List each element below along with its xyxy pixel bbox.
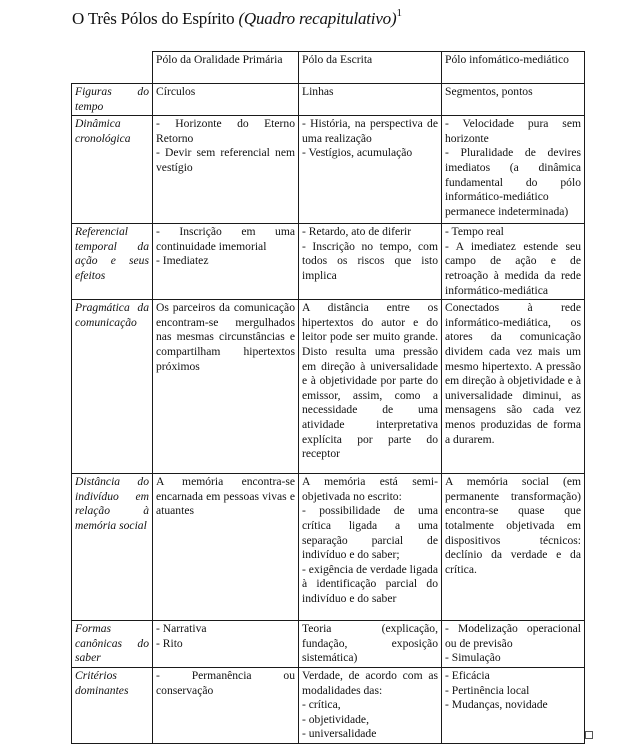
cell-text: - Rito — [156, 637, 295, 652]
cell-oralidade: Círculos — [153, 84, 299, 116]
row-label: Referencial temporal da ação e seus efei… — [72, 224, 153, 300]
cell-escrita: A distância entre os hipertextos do auto… — [299, 300, 442, 474]
cell-text: Linhas — [302, 85, 438, 100]
table-row: Critérios dominantes - Permanência ou co… — [72, 667, 585, 743]
cell-informatico: Segmentos, pontos — [442, 84, 585, 116]
title-subtitle: (Quadro recapitulativo) — [238, 9, 396, 28]
cell-text: - Devir sem referencial nem vestígio — [156, 146, 295, 175]
cell-text: - Velocidade pura sem horizonte — [445, 117, 581, 146]
cell-text: Conectados à rede informático-mediática,… — [445, 301, 581, 447]
cell-text: - Permanência ou conservação — [156, 669, 295, 698]
title-main: O Três Pólos do Espírito — [72, 9, 238, 28]
row-label: Figuras do tempo — [72, 84, 153, 116]
cell-informatico: - Tempo real- A imediatez estende seu ca… — [442, 224, 585, 300]
cell-informatico: - Velocidade pura sem horizonte- Plurali… — [442, 116, 585, 224]
cell-informatico: Conectados à rede informático-mediática,… — [442, 300, 585, 474]
cell-text: - Vestígios, acumulação — [302, 146, 438, 161]
table-row: Distância do indivíduo em relação à memó… — [72, 474, 585, 621]
cell-oralidade: A memória encontra-se encarnada em pesso… — [153, 474, 299, 621]
cell-informatico: - Eficácia- Pertinência local- Mudanças,… — [442, 667, 585, 743]
table-row: Figuras do tempo Círculos Linhas Segment… — [72, 84, 585, 116]
cell-text: - Modelização operacional ou de previsão — [445, 622, 581, 651]
cell-text: - Tempo real — [445, 225, 581, 240]
cell-escrita: A memória está semi-objetivada no escrit… — [299, 474, 442, 621]
cell-text: Verdade, de acordo com as modalidades da… — [302, 669, 438, 698]
table-row: Referencial temporal da ação e seus efei… — [72, 224, 585, 300]
cell-text: - Eficácia — [445, 669, 581, 684]
cell-text: Segmentos, pontos — [445, 85, 581, 100]
cell-text: - Mudanças, novidade — [445, 698, 581, 713]
cell-text: - Horizonte do Eterno Retorno — [156, 117, 295, 146]
cell-informatico: - Modelização operacional ou de previsão… — [442, 621, 585, 668]
column-header-escrita: Pólo da Escrita — [299, 52, 442, 84]
row-label: Dinâmica cronológica — [72, 116, 153, 224]
footnote-marker: 1 — [396, 7, 401, 19]
cell-text: Teoria (explicação, fundação, exposição … — [302, 622, 438, 666]
cell-text: A distância entre os hipertextos do auto… — [302, 301, 438, 462]
cell-text: Os parceiros da comunicação encontram-se… — [156, 301, 295, 374]
cell-text: - Inscrição no tempo, com todos os risco… — [302, 240, 438, 284]
row-label: Formas canônicas do saber — [72, 621, 153, 668]
cell-escrita: - História, na perspectiva de uma realiz… — [299, 116, 442, 224]
row-label: Critérios dominantes — [72, 667, 153, 743]
cell-text: - possibilidade de uma crítica ligada a … — [302, 504, 438, 562]
cell-oralidade: - Narrativa- Rito — [153, 621, 299, 668]
cell-escrita: Teoria (explicação, fundação, exposição … — [299, 621, 442, 668]
cell-text: Círculos — [156, 85, 295, 100]
header-corner-cell — [72, 52, 153, 84]
cell-text: - A imediatez estende seu campo de ação … — [445, 240, 581, 298]
cell-text: - Imediatez — [156, 254, 295, 269]
row-label: Pragmática da comunicação — [72, 300, 153, 474]
page-title: O Três Pólos do Espírito (Quadro recapit… — [72, 9, 402, 29]
cell-text: - objetividade, — [302, 713, 438, 728]
cell-text: A memória está semi-objetivada no escrit… — [302, 475, 438, 504]
row-label: Distância do indivíduo em relação à memó… — [72, 474, 153, 621]
cell-oralidade: Os parceiros da comunicação encontram-se… — [153, 300, 299, 474]
cell-escrita: - Retardo, ato de diferir- Inscrição no … — [299, 224, 442, 300]
cell-text: - Simulação — [445, 651, 581, 666]
cell-escrita: Linhas — [299, 84, 442, 116]
cell-text: - universalidade — [302, 727, 438, 742]
cell-oralidade: - Inscrição em uma continuidade imemoria… — [153, 224, 299, 300]
table-row: Formas canônicas do saber - Narrativa- R… — [72, 621, 585, 668]
cell-text: A memória encontra-se encarnada em pesso… — [156, 475, 295, 519]
column-header-informatico: Pólo infomático-mediático — [442, 52, 585, 84]
summary-table: Pólo da Oralidade Primária Pólo da Escri… — [71, 51, 585, 744]
cell-informatico: A memória social (em permanente transfor… — [442, 474, 585, 621]
cell-text: - Inscrição em uma continuidade imemoria… — [156, 225, 295, 254]
table-resize-handle[interactable] — [585, 731, 593, 739]
table-header-row: Pólo da Oralidade Primária Pólo da Escri… — [72, 52, 585, 84]
cell-oralidade: - Permanência ou conservação — [153, 667, 299, 743]
cell-text: - exigência de verdade ligada à identifi… — [302, 563, 438, 607]
cell-text: - Narrativa — [156, 622, 295, 637]
cell-text: - crítica, — [302, 698, 438, 713]
cell-text: A memória social (em permanente transfor… — [445, 475, 581, 577]
cell-escrita: Verdade, de acordo com as modalidades da… — [299, 667, 442, 743]
cell-oralidade: - Horizonte do Eterno Retorno- Devir sem… — [153, 116, 299, 224]
table-row: Pragmática da comunicação Os parceiros d… — [72, 300, 585, 474]
table-row: Dinâmica cronológica - Horizonte do Eter… — [72, 116, 585, 224]
column-header-oralidade: Pólo da Oralidade Primária — [153, 52, 299, 84]
cell-text: - Pluralidade de devires imediatos (a di… — [445, 146, 581, 219]
cell-text: - História, na perspectiva de uma realiz… — [302, 117, 438, 146]
cell-text: - Pertinência local — [445, 684, 581, 699]
cell-text: - Retardo, ato de diferir — [302, 225, 438, 240]
